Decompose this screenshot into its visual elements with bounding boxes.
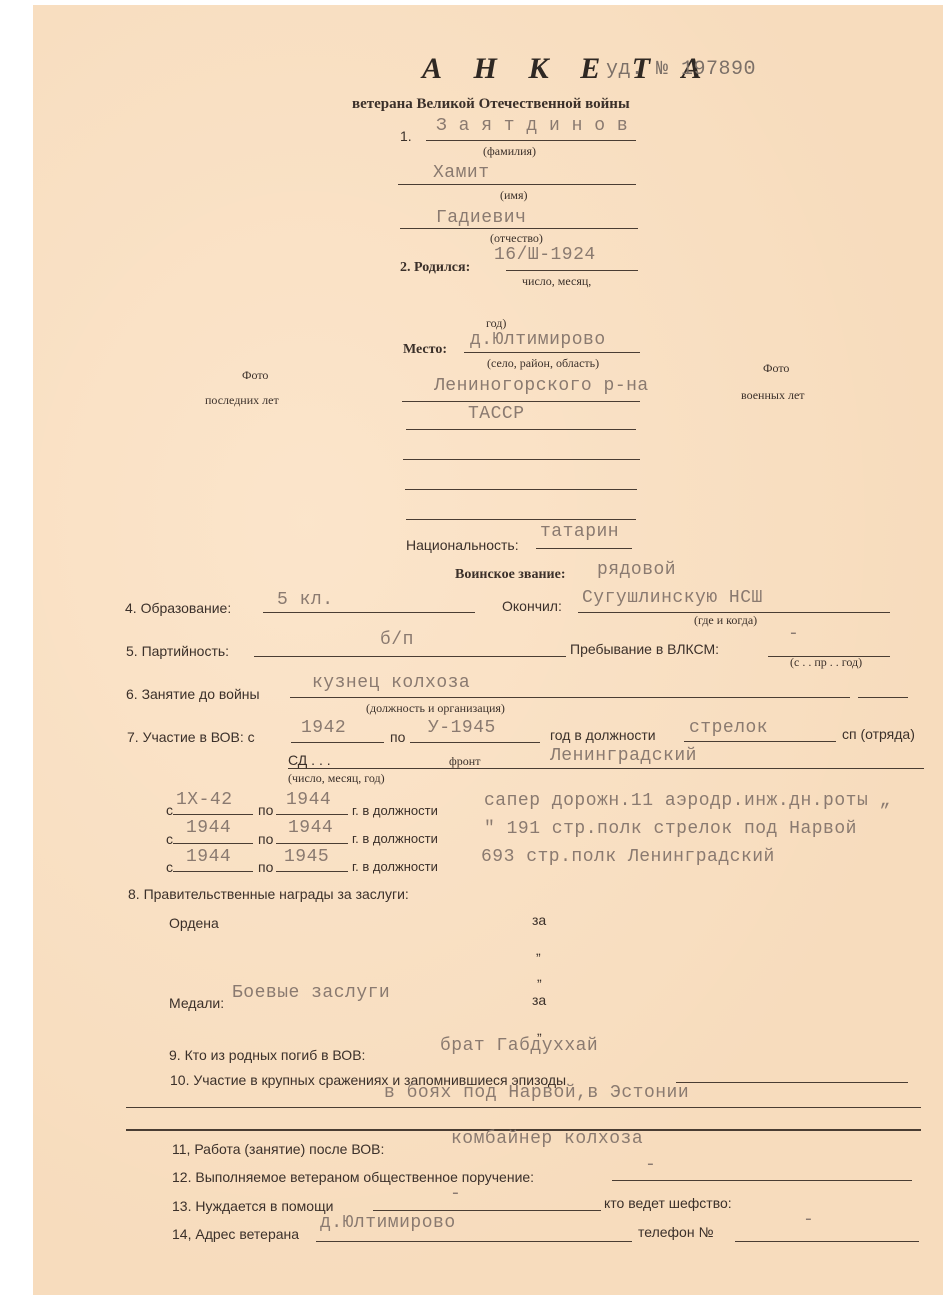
prewar-caption: (должность и организация) [366, 701, 505, 716]
row-to[interactable]: 1944 [288, 818, 333, 838]
row-from-prefix: с [166, 802, 173, 818]
born-value[interactable]: 16/Ш-1924 [494, 245, 596, 265]
photo-recent-label: Фото [242, 368, 268, 383]
phone-value[interactable]: - [803, 1210, 814, 1230]
row-from[interactable]: 1944 [186, 847, 231, 867]
document-subtitle: ветерана Великой Отечественной войны [352, 96, 630, 113]
war-date-caption: (число, месяц, год) [288, 771, 385, 786]
relatives-value[interactable]: брат Габдуххай [440, 1036, 598, 1056]
patronymic-value[interactable]: Гадиевич [436, 208, 526, 228]
row-from[interactable]: 1Х-42 [176, 790, 233, 810]
certificate-number: уд. № 197890 [606, 58, 756, 81]
war-label: 7. Участие в ВОВ: с [127, 729, 255, 745]
relatives-label: 9. Кто из родных погиб в ВОВ: [169, 1047, 365, 1063]
born-caption-year: год) [486, 316, 506, 331]
komsomol-caption: (с . . пр . . год) [790, 655, 862, 670]
place-caption: (село, район, область) [487, 356, 599, 371]
row-from-prefix: с [166, 859, 173, 875]
public-duty-value[interactable]: - [645, 1155, 656, 1175]
battles-value[interactable]: в боях под Нарвой,в Эстонии [384, 1083, 689, 1103]
row-position-label: г. в должности [352, 831, 438, 846]
place-district[interactable]: Лениногорского р-на [434, 376, 649, 396]
item-1-number: 1. [400, 128, 412, 144]
row-to-prefix: по [258, 831, 273, 847]
orders-label: Ордена [169, 915, 219, 931]
born-label: 2. Родился: [400, 260, 470, 276]
row-position-label: г. в должности [352, 803, 438, 818]
address-label: 14, Адрес ветерана [172, 1226, 299, 1242]
nationality-label: Национальность: [406, 537, 519, 553]
prewar-value[interactable]: кузнец колхоза [312, 673, 470, 693]
needs-help-value[interactable]: - [450, 1184, 461, 1204]
finished-label: Окончил: [502, 598, 562, 614]
surname-caption: (фамилия) [483, 144, 536, 159]
name-value[interactable]: Хамит [433, 163, 490, 183]
row-position[interactable]: 693 стр.полк Ленинградский [481, 847, 775, 867]
patron-label: кто ведет шефство: [604, 1195, 732, 1211]
photo-war-sublabel: военных лет [741, 388, 805, 403]
prewar-label: 6. Занятие до войны [126, 686, 260, 702]
public-duty-label: 12. Выполняемое ветераном общественное п… [172, 1169, 534, 1185]
place-label: Место: [403, 342, 447, 358]
rank-value[interactable]: рядовой [597, 560, 676, 580]
row-to[interactable]: 1944 [286, 790, 331, 810]
war-to[interactable]: У-1945 [428, 718, 496, 738]
medals-value[interactable]: Боевые заслуги [232, 983, 390, 1003]
photo-war-label: Фото [763, 361, 789, 376]
komsomol-value[interactable]: - [788, 624, 799, 644]
nationality-value[interactable]: татарин [540, 522, 619, 542]
war-to-label: по [390, 729, 405, 745]
row-to-prefix: по [258, 802, 273, 818]
party-label: 5. Партийность: [126, 643, 229, 659]
awards-label: 8. Правительственные награды за заслуги: [128, 886, 409, 902]
needs-help-label: 13. Нуждается в помощи [172, 1198, 333, 1214]
medals-label: Медали: [169, 995, 224, 1011]
rank-label: Воинское звание: [455, 567, 565, 583]
finished-value[interactable]: Сугушлинскую НСШ [582, 588, 763, 608]
postwar-value[interactable]: комбайнер колхоза [451, 1129, 643, 1149]
education-value[interactable]: 5 кл. [277, 590, 334, 610]
komsomol-label: Пребывание в ВЛКСМ: [570, 641, 719, 657]
war-from[interactable]: 1942 [301, 718, 346, 738]
finished-caption: (где и когда) [694, 613, 757, 628]
row-position[interactable]: " 191 стр.полк стрелок под Нарвой [484, 819, 857, 839]
patronymic-caption: (отчество) [490, 231, 543, 246]
surname-value[interactable]: З а я т д и н о в [436, 116, 628, 136]
war-position-label: год в должности [550, 727, 656, 743]
war-position[interactable]: стрелок [689, 718, 768, 738]
place-value[interactable]: д.Юлтимирово [470, 330, 606, 350]
orders-ditto-2: „ [537, 968, 542, 984]
war-sd-label: СД . . . [288, 752, 331, 768]
born-caption-date: число, месяц, [522, 274, 591, 289]
row-position[interactable]: сапер дорожн.11 аэродр.инж.дн.роты „ [484, 791, 891, 811]
row-to[interactable]: 1945 [284, 847, 329, 867]
phone-label: телефон № [638, 1224, 713, 1240]
row-position-label: г. в должности [352, 859, 438, 874]
education-label: 4. Образование: [125, 600, 231, 616]
orders-za-1: за [532, 912, 546, 928]
postwar-label: 11, Работа (занятие) после ВОВ: [172, 1141, 384, 1157]
medals-za: за [532, 992, 546, 1008]
place-republic[interactable]: ТАССР [468, 404, 525, 424]
war-front[interactable]: Ленинградский [550, 746, 697, 766]
war-front-label: фронт [449, 754, 480, 769]
photo-recent-sublabel: последних лет [205, 393, 279, 408]
row-to-prefix: по [258, 859, 273, 875]
name-caption: (имя) [500, 188, 528, 203]
row-from-prefix: с [166, 831, 173, 847]
orders-ditto-1: „ [536, 942, 541, 958]
address-value[interactable]: д.Юлтимирово [320, 1213, 456, 1233]
party-value[interactable]: б/п [380, 630, 414, 650]
row-from[interactable]: 1944 [186, 818, 231, 838]
war-unit-suffix: сп (отряда) [842, 726, 915, 742]
